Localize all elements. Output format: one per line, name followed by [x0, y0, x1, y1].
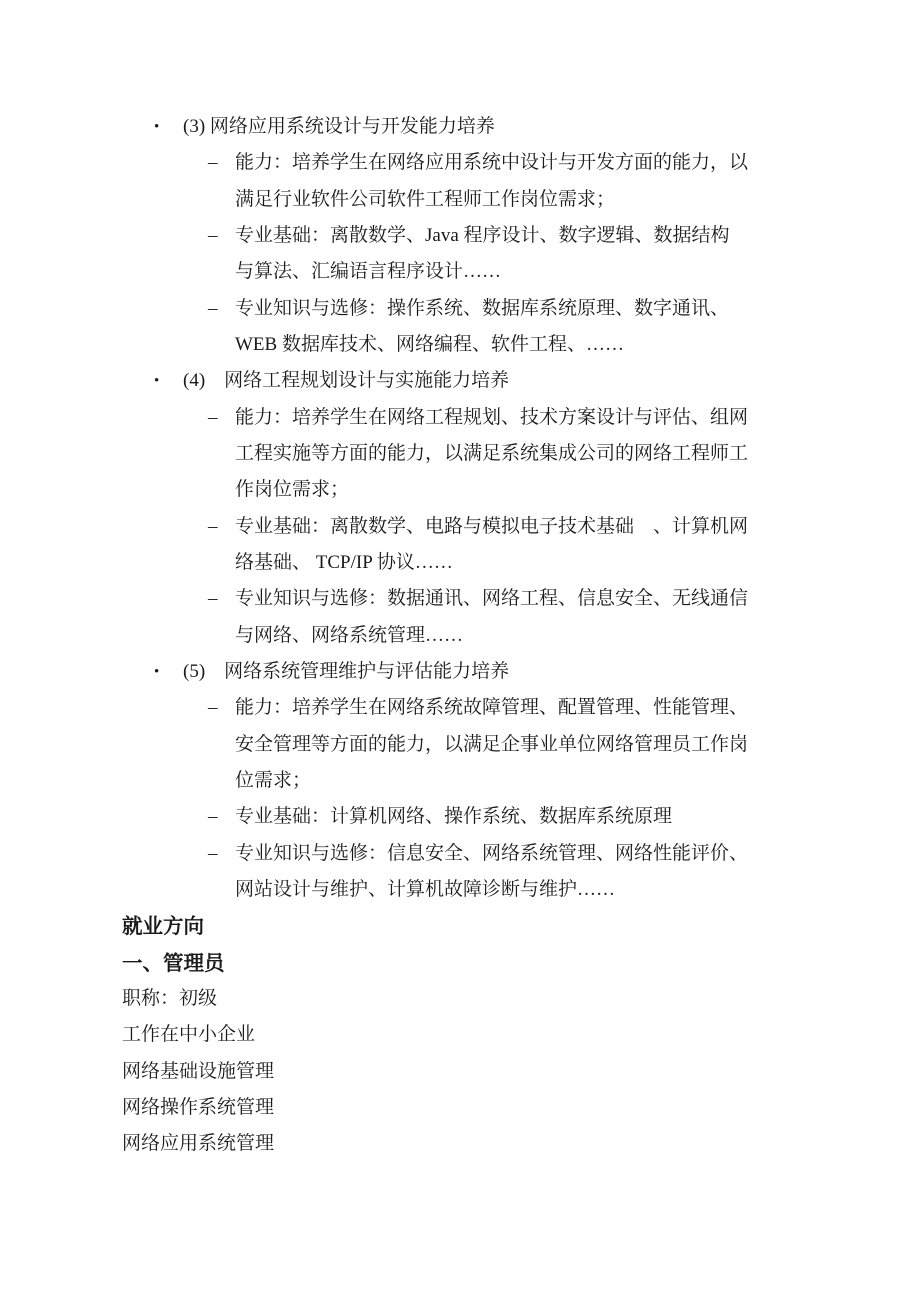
bullet-icon: •	[154, 654, 159, 690]
list-item-continuation: 与网络、网络系统管理……	[0, 618, 920, 654]
list-item-level2-text: 专业知识与选修：数据通讯、网络工程、信息安全、无线通信	[235, 581, 748, 617]
list-item-level2: –专业基础：计算机网络、操作系统、数据库系统原理	[0, 799, 920, 835]
list-item-continuation-text: 络基础、 TCP/IP 协议……	[235, 545, 453, 581]
list-item-level2-text: 专业知识与选修：操作系统、数据库系统原理、数字通讯、	[235, 291, 729, 327]
list-item-level2-text: 能力：培养学生在网络系统故障管理、配置管理、性能管理、	[235, 690, 748, 726]
bullet-icon: •	[154, 109, 159, 145]
paragraph-text: 工作在中小企业	[122, 1017, 255, 1053]
dash-icon: –	[208, 581, 218, 617]
list-item-continuation-text: WEB 数据库技术、网络编程、软件工程、……	[235, 327, 624, 363]
list-item-level2-text: 专业基础：离散数学、电路与模拟电子技术基础 、计算机网	[235, 509, 748, 545]
list-item-level2: –专业知识与选修：信息安全、网络系统管理、网络性能评价、	[0, 836, 920, 872]
list-item-level2-text: 专业基础：计算机网络、操作系统、数据库系统原理	[235, 799, 672, 835]
section-heading: 就业方向	[0, 908, 920, 944]
list-item-continuation-text: 与网络、网络系统管理……	[235, 618, 463, 654]
list-item-continuation: 络基础、 TCP/IP 协议……	[0, 545, 920, 581]
paragraph: 工作在中小企业	[0, 1017, 920, 1053]
list-item-level2: –专业基础：离散数学、电路与模拟电子技术基础 、计算机网	[0, 509, 920, 545]
section-heading-text: 就业方向	[122, 908, 204, 944]
list-item-continuation-text: 作岗位需求；	[235, 472, 349, 508]
list-item-level1: •(5) 网络系统管理维护与评估能力培养	[0, 654, 920, 690]
dash-icon: –	[208, 218, 218, 254]
list-item-continuation: 位需求；	[0, 763, 920, 799]
document-page: •(3) 网络应用系统设计与开发能力培养–能力：培养学生在网络应用系统中设计与开…	[0, 0, 920, 1302]
list-item-level2-text: 能力：培养学生在网络工程规划、技术方案设计与评估、组网	[235, 400, 748, 436]
list-item-level2: –能力：培养学生在网络应用系统中设计与开发方面的能力，以	[0, 145, 920, 181]
list-item-continuation-text: 位需求；	[235, 763, 311, 799]
list-item-continuation: 满足行业软件公司软件工程师工作岗位需求；	[0, 182, 920, 218]
list-item-continuation: WEB 数据库技术、网络编程、软件工程、……	[0, 327, 920, 363]
list-item-continuation-text: 工程实施等方面的能力，以满足系统集成公司的网络工程师工	[235, 436, 748, 472]
paragraph: 职称：初级	[0, 981, 920, 1017]
list-item-continuation: 工程实施等方面的能力，以满足系统集成公司的网络工程师工	[0, 436, 920, 472]
dash-icon: –	[208, 509, 218, 545]
document-content: •(3) 网络应用系统设计与开发能力培养–能力：培养学生在网络应用系统中设计与开…	[0, 109, 920, 1163]
list-item-level2: –能力：培养学生在网络工程规划、技术方案设计与评估、组网	[0, 400, 920, 436]
list-item-continuation: 网站设计与维护、计算机故障诊断与维护……	[0, 872, 920, 908]
list-item-continuation-text: 满足行业软件公司软件工程师工作岗位需求；	[235, 182, 615, 218]
dash-icon: –	[208, 400, 218, 436]
dash-icon: –	[208, 799, 218, 835]
list-item-level2: –专业基础：离散数学、Java 程序设计、数字逻辑、数据结构	[0, 218, 920, 254]
list-item-level2-text: 能力：培养学生在网络应用系统中设计与开发方面的能力，以	[235, 145, 748, 181]
dash-icon: –	[208, 690, 218, 726]
list-item-level1: •(3) 网络应用系统设计与开发能力培养	[0, 109, 920, 145]
paragraph-text: 网络应用系统管理	[122, 1126, 274, 1162]
dash-icon: –	[208, 836, 218, 872]
dash-icon: –	[208, 291, 218, 327]
list-item-continuation-text: 与算法、汇编语言程序设计……	[235, 254, 501, 290]
list-item-continuation-text: 网站设计与维护、计算机故障诊断与维护……	[235, 872, 615, 908]
list-item-continuation: 作岗位需求；	[0, 472, 920, 508]
list-item-continuation: 安全管理等方面的能力，以满足企事业单位网络管理员工作岗	[0, 727, 920, 763]
paragraph-text: 网络操作系统管理	[122, 1090, 274, 1126]
list-item-level1: •(4) 网络工程规划设计与实施能力培养	[0, 363, 920, 399]
section-heading-text: 一、管理员	[122, 945, 225, 981]
paragraph: 网络基础设施管理	[0, 1054, 920, 1090]
paragraph: 网络应用系统管理	[0, 1126, 920, 1162]
list-item-level2: –专业知识与选修：数据通讯、网络工程、信息安全、无线通信	[0, 581, 920, 617]
list-item-level2-text: 专业基础：离散数学、Java 程序设计、数字逻辑、数据结构	[235, 218, 730, 254]
list-item-level2-text: 专业知识与选修：信息安全、网络系统管理、网络性能评价、	[235, 836, 748, 872]
list-item-level1-text: (4) 网络工程规划设计与实施能力培养	[183, 363, 509, 399]
list-item-continuation: 与算法、汇编语言程序设计……	[0, 254, 920, 290]
list-item-continuation-text: 安全管理等方面的能力，以满足企事业单位网络管理员工作岗	[235, 727, 748, 763]
list-item-level1-text: (3) 网络应用系统设计与开发能力培养	[183, 109, 495, 145]
list-item-level2: –能力：培养学生在网络系统故障管理、配置管理、性能管理、	[0, 690, 920, 726]
paragraph-text: 网络基础设施管理	[122, 1054, 274, 1090]
list-item-level1-text: (5) 网络系统管理维护与评估能力培养	[183, 654, 509, 690]
section-heading: 一、管理员	[0, 945, 920, 981]
dash-icon: –	[208, 145, 218, 181]
list-item-level2: –专业知识与选修：操作系统、数据库系统原理、数字通讯、	[0, 291, 920, 327]
paragraph-text: 职称：初级	[122, 981, 217, 1017]
paragraph: 网络操作系统管理	[0, 1090, 920, 1126]
bullet-icon: •	[154, 363, 159, 399]
